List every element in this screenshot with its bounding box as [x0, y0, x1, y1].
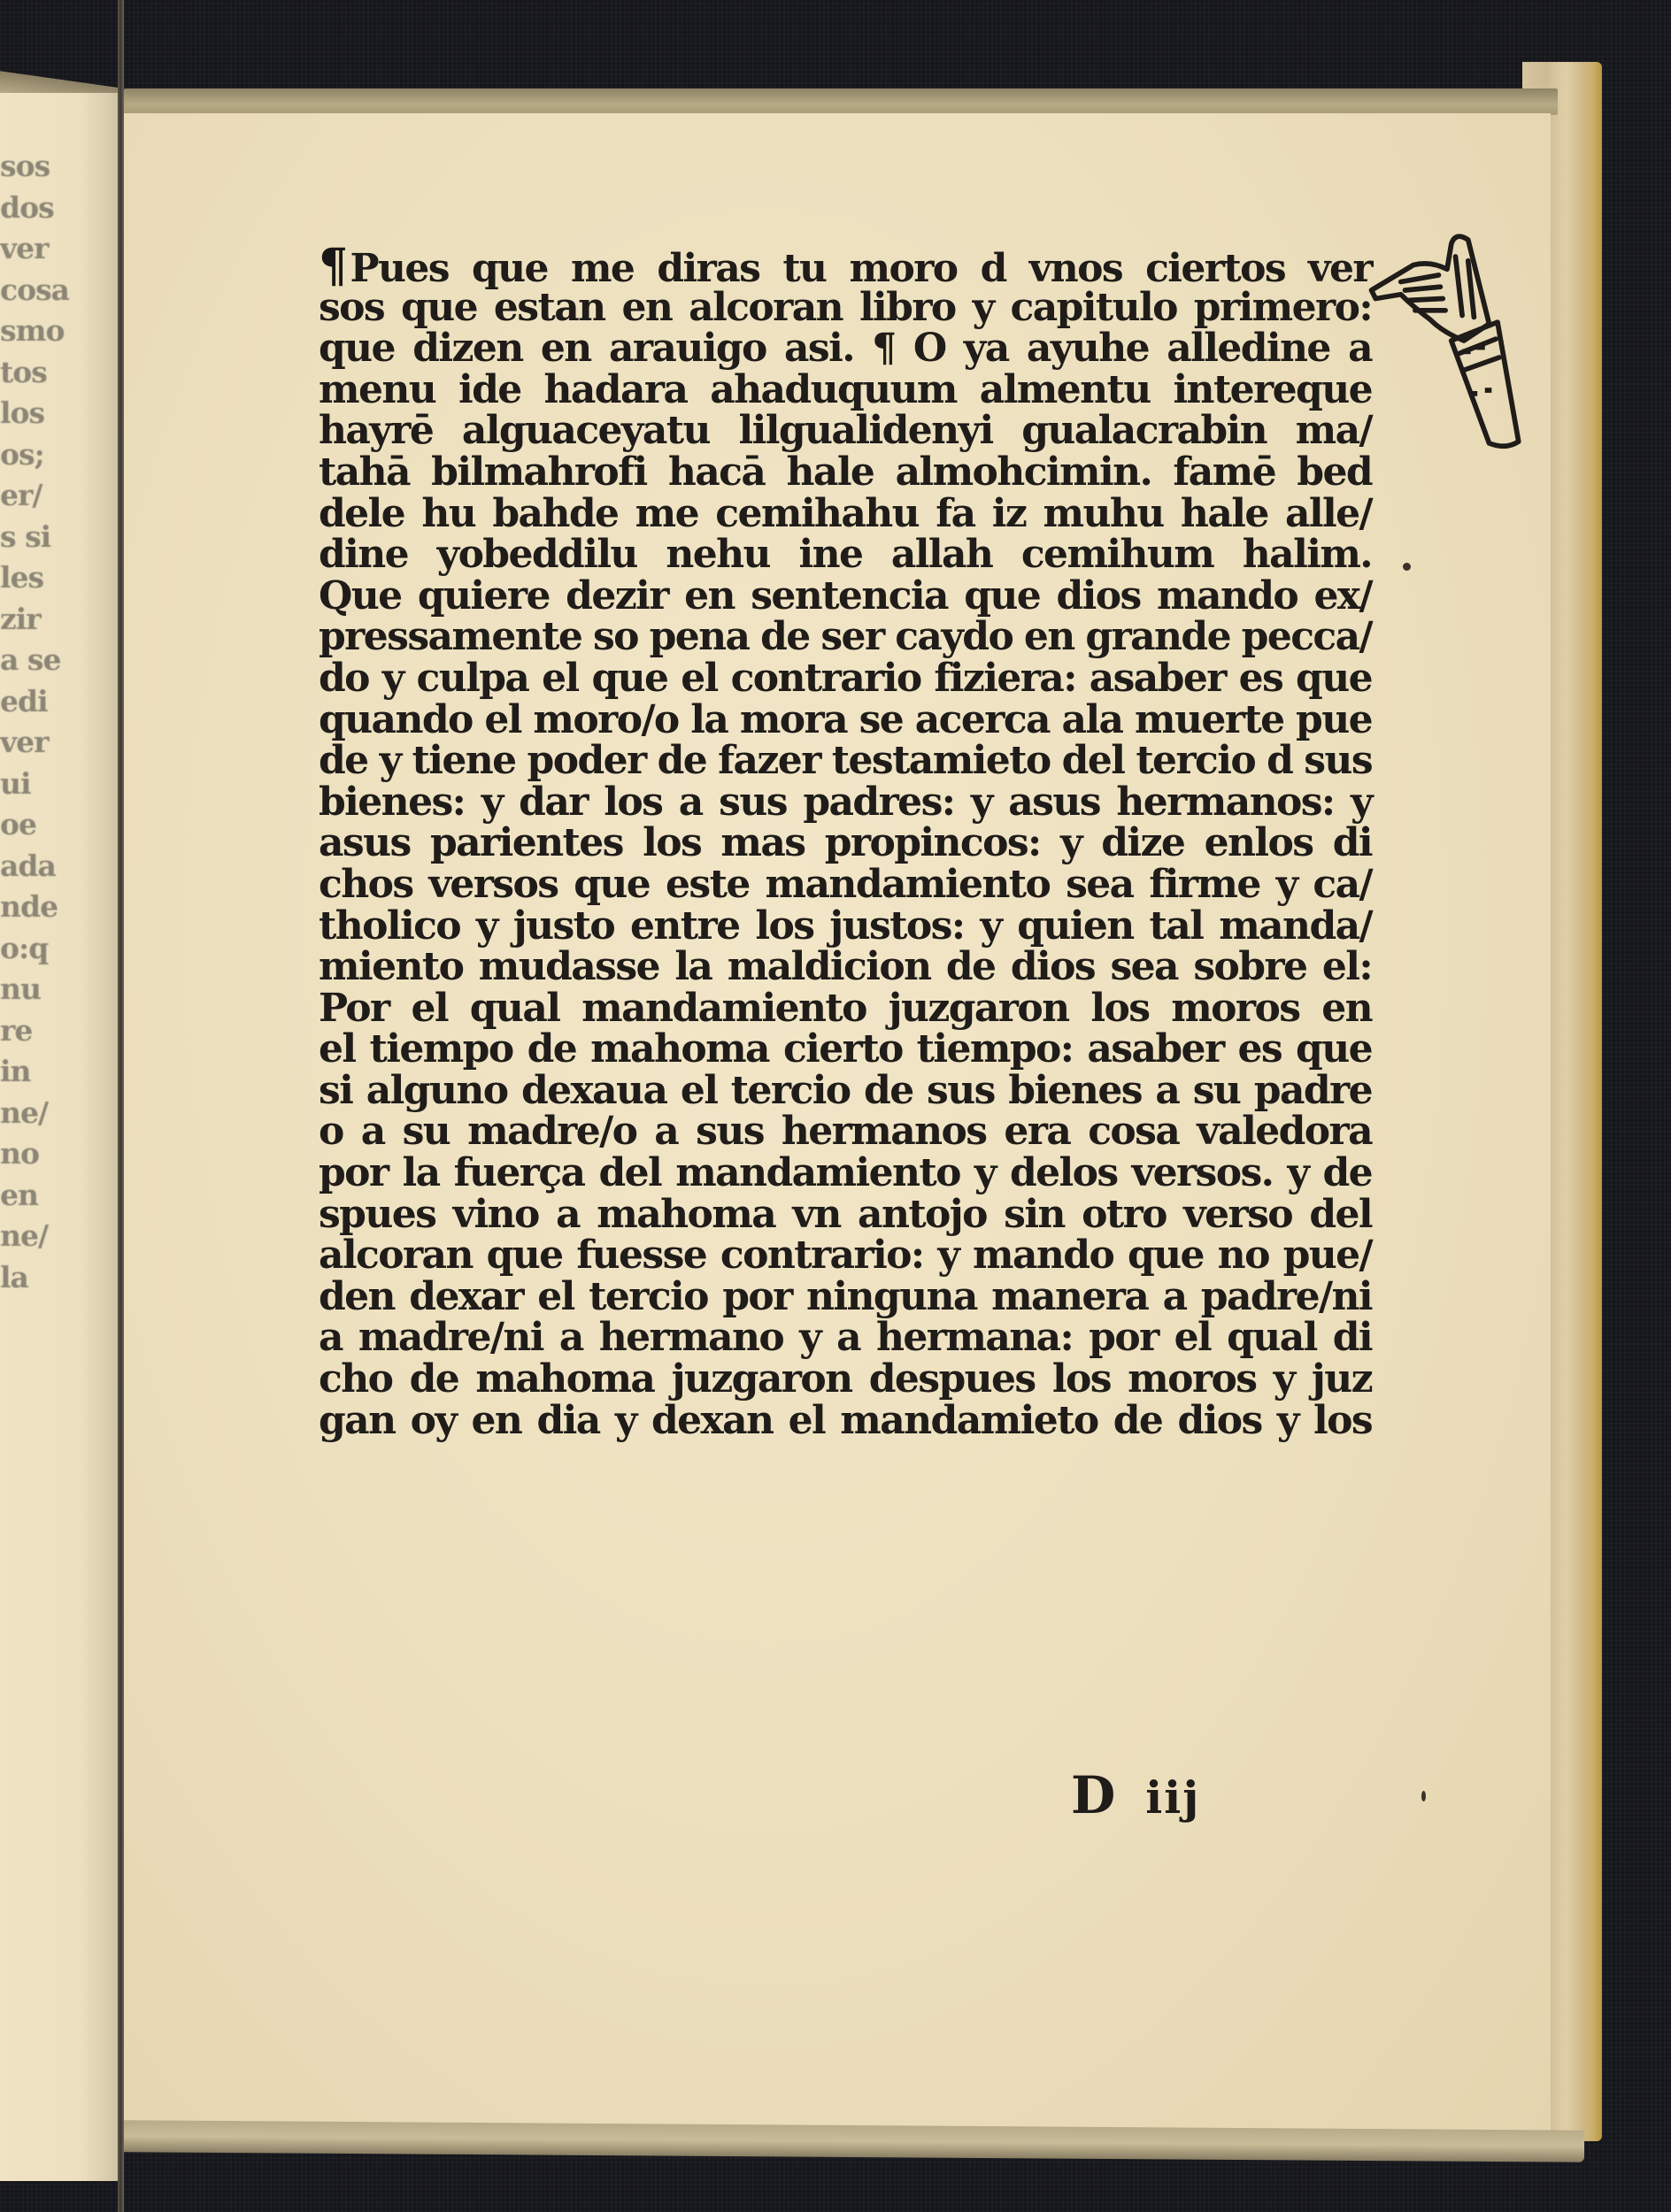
text-line: bienes: y dar los a sus padres: y asus h…: [319, 782, 1372, 824]
text-line: gan oy en dia y dexan el mandamieto de d…: [319, 1401, 1372, 1442]
line-text: menu ide hadara ahaduquum almentu intere…: [319, 367, 1372, 412]
text-line: cho de mahoma juzgaron despues los moros…: [319, 1359, 1372, 1401]
line-text: que dizen en arauigo asi. ¶ O ya ayuhe a…: [319, 326, 1372, 371]
line-text: a madre/ni a hermano y a hermana: por el…: [319, 1315, 1372, 1360]
line-text: cho de mahoma juzgaron despues los moros…: [319, 1356, 1372, 1402]
line-text: do y culpa el que el contrario fiziera: …: [319, 656, 1372, 701]
text-line: quando el moro/o la mora se acerca ala m…: [319, 700, 1372, 741]
ink-speck: [1421, 1791, 1426, 1801]
text-line: Que quiere dezir en sentencia que dios m…: [319, 576, 1372, 618]
line-text: gan oy en dia y dexan el mandamieto de d…: [319, 1398, 1372, 1443]
line-text: chos versos que este mandamiento sea fir…: [319, 862, 1372, 907]
line-text: sos que estan en alcoran libro y capitul…: [319, 285, 1372, 330]
line-text: Por el qual mandamiento juzgaron los mor…: [319, 986, 1372, 1031]
ink-speck: [1403, 563, 1411, 571]
text-line: asus parientes los mas propincos: y dize…: [319, 823, 1372, 864]
line-text: bienes: y dar los a sus padres: y asus h…: [319, 780, 1372, 825]
line-text: spues vino a mahoma vn antojo sin otro v…: [319, 1192, 1372, 1237]
line-text: asus parientes los mas propincos: y dize…: [319, 820, 1372, 865]
line-text: el tiempo de mahoma cierto tiempo: asabe…: [319, 1026, 1372, 1071]
text-line: tahā bilmahrofi hacā hale almohcimin. fa…: [319, 452, 1372, 494]
text-line: por la fuerça del mandamiento y delos ve…: [319, 1153, 1372, 1194]
line-text: por la fuerça del mandamiento y delos ve…: [319, 1150, 1372, 1195]
text-line: miento mudasse la maldicion de dios sea …: [319, 947, 1372, 988]
line-text: dine yobeddilu nehu ine allah cemihum ha…: [319, 532, 1372, 577]
text-line: den dexar el tercio por ninguna manera a…: [319, 1277, 1372, 1318]
text-line: ¶Pues que me diras tu moro d vnos cierto…: [319, 246, 1372, 288]
text-line: el tiempo de mahoma cierto tiempo: asabe…: [319, 1029, 1372, 1071]
page-top-edge: [124, 88, 1558, 115]
line-text: Que quiere dezir en sentencia que dios m…: [319, 573, 1372, 618]
signature-mark: Diij: [1071, 1765, 1200, 1825]
text-line: chos versos que este mandamiento sea fir…: [319, 864, 1372, 906]
line-text: hayrē alguaceyatu lilgualidenyi gualacra…: [319, 408, 1372, 453]
line-text: si alguno dexaua el tercio de sus bienes…: [319, 1068, 1372, 1113]
book-gutter: [118, 0, 124, 2212]
body-text: ¶Pues que me diras tu moro d vnos cierto…: [319, 246, 1372, 1441]
line-text: quando el moro/o la mora se acerca ala m…: [319, 697, 1372, 742]
text-line: hayrē alguaceyatu lilgualidenyi gualacra…: [319, 411, 1372, 452]
text-line: tholico y justo entre los justos: y quie…: [319, 906, 1372, 948]
text-line: si alguno dexaua el tercio de sus bienes…: [319, 1071, 1372, 1112]
text-line: spues vino a mahoma vn antojo sin otro v…: [319, 1194, 1372, 1236]
line-text: de y tiene poder de fazer testamieto del…: [319, 738, 1372, 783]
facing-page-left: sos dos ver cosa smo tos los os; er/ s s…: [0, 93, 122, 2181]
text-line: Por el qual mandamiento juzgaron los mor…: [319, 988, 1372, 1030]
line-text: den dexar el tercio por ninguna manera a…: [319, 1274, 1372, 1319]
text-line: o a su madre/o a sus hermanos era cosa v…: [319, 1111, 1372, 1153]
line-text: tahā bilmahrofi hacā hale almohcimin. fa…: [319, 449, 1372, 495]
text-line: dele hu bahde me cemihahu fa iz muhu hal…: [319, 494, 1372, 535]
line-text: alcoran que fuesse contrario: y mando qu…: [319, 1233, 1372, 1278]
line-text: pressamente so pena de ser caydo en gran…: [319, 614, 1372, 659]
text-line: de y tiene poder de fazer testamieto del…: [319, 741, 1372, 782]
line-text: tholico y justo entre los justos: y quie…: [319, 903, 1372, 949]
text-line: a madre/ni a hermano y a hermana: por el…: [319, 1317, 1372, 1359]
line-text: miento mudasse la maldicion de dios sea …: [319, 944, 1372, 989]
manicule-pointing-hand-icon: [1363, 221, 1531, 460]
signature-number: iij: [1145, 1771, 1200, 1824]
line-text: o a su madre/o a sus hermanos era cosa v…: [319, 1109, 1372, 1154]
line-text: dele hu bahde me cemihahu fa iz muhu hal…: [319, 491, 1372, 536]
text-line: que dizen en arauigo asi. ¶ O ya ayuhe a…: [319, 328, 1372, 370]
text-line: dine yobeddilu nehu ine allah cemihum ha…: [319, 534, 1372, 576]
text-line: do y culpa el que el contrario fiziera: …: [319, 658, 1372, 700]
text-line: menu ide hadara ahaduquum almentu intere…: [319, 370, 1372, 411]
left-page-text-fragments: sos dos ver cosa smo tos los os; er/ s s…: [0, 146, 35, 1298]
text-line: alcoran que fuesse contrario: y mando qu…: [319, 1235, 1372, 1277]
text-line: pressamente so pena de ser caydo en gran…: [319, 617, 1372, 658]
text-line: sos que estan en alcoran libro y capitul…: [319, 288, 1372, 329]
signature-letter: D: [1071, 1765, 1119, 1825]
